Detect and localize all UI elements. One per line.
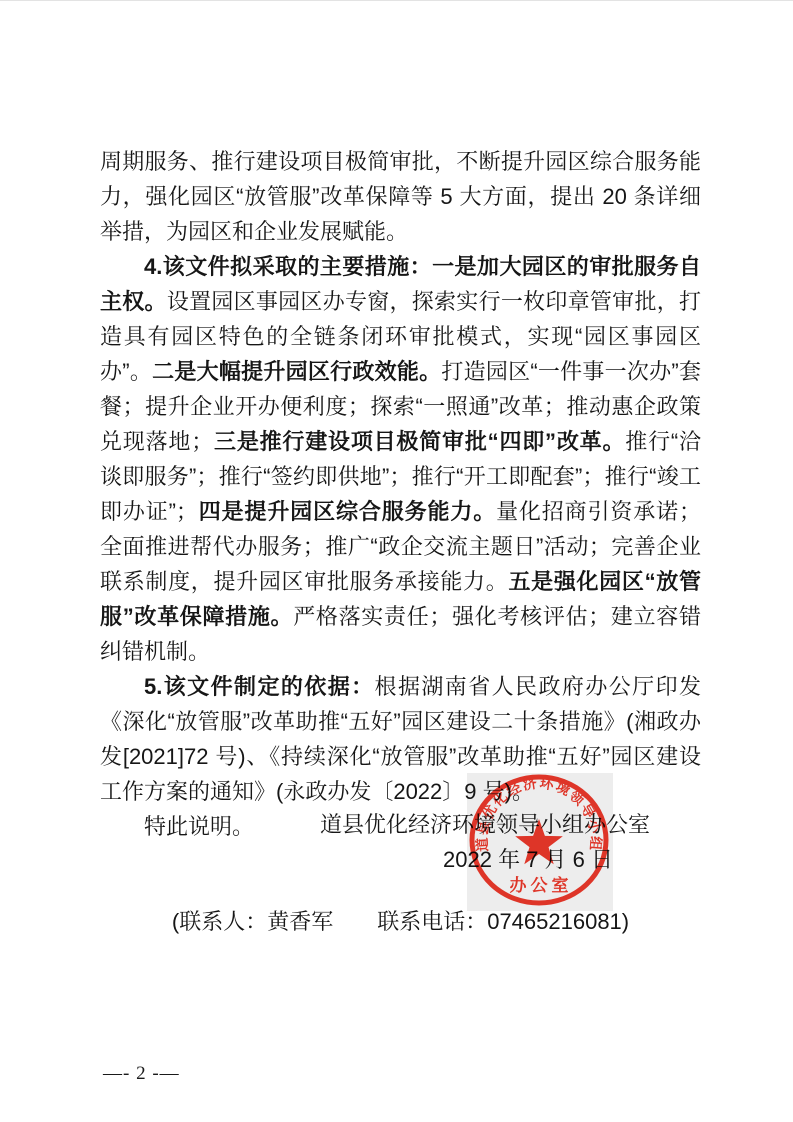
paragraph-segment-bold: 四是提升园区综合服务能力。 <box>198 499 496 524</box>
page-number: —- 2 -— <box>103 1063 180 1085</box>
paragraph: 周期服务、推行建设项目极简审批，不断提升园区综合服务能力，强化园区“放管服”改革… <box>100 144 701 249</box>
document-body: 周期服务、推行建设项目极简审批，不断提升园区综合服务能力，强化园区“放管服”改革… <box>100 144 701 844</box>
official-seal: 道县优化经济环境领导小组 办公室 <box>467 773 613 911</box>
paragraph-segment-bold: 三是推行建设项目极简审批“四即”改革。 <box>213 429 625 454</box>
paragraph-segment-bold: 5.该文件制定的依据： <box>144 674 375 699</box>
paragraph-segment-bold: 二是大幅提升园区行政效能。 <box>152 359 441 384</box>
contact-line: (联系人：黄香军 联系电话：07465216081) <box>100 907 701 937</box>
paragraph-segment: 周期服务、推行建设项目极简审批，不断提升园区综合服务能力，强化园区“放管服”改革… <box>100 149 701 244</box>
paragraph: 4.该文件拟采取的主要措施：一是加大园区的审批服务自主权。设置园区事园区办专窗，… <box>100 249 701 669</box>
seal-bottom-text: 办公室 <box>510 875 573 895</box>
document-page: 周期服务、推行建设项目极简审批，不断提升园区综合服务能力，强化园区“放管服”改革… <box>0 0 793 1122</box>
